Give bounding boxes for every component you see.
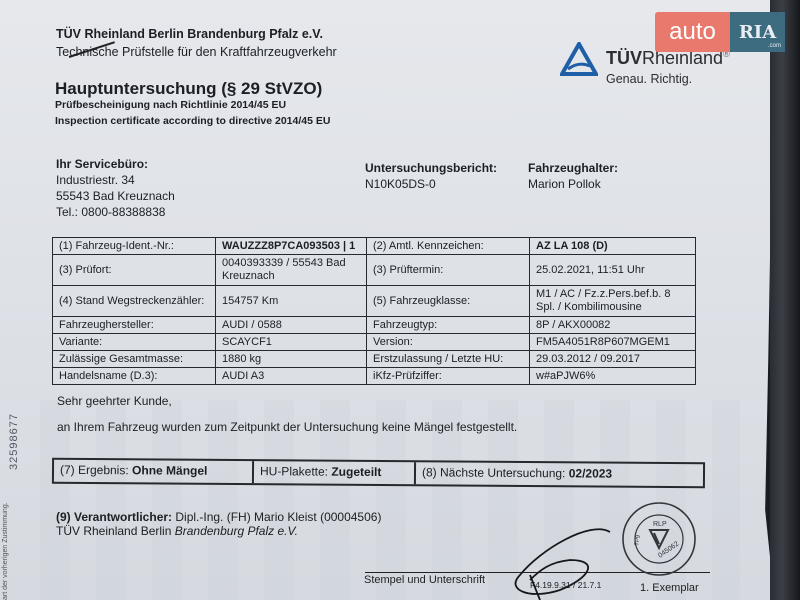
cell-value: AUDI / 0588: [216, 317, 367, 334]
signature-icon: [500, 520, 630, 600]
cell-label: (1) Fahrzeug-Ident.-Nr.:: [53, 238, 216, 255]
margin-vertical-text: art der vorherigen Zustimmung.: [2, 502, 9, 600]
responsible-person: (9) Verantwortlicher: Dipl.-Ing. (FH) Ma…: [56, 510, 381, 524]
cell-label: (3) Prüfort:: [53, 255, 216, 286]
inspection-report: Untersuchungsbericht: N10K05DS-0: [365, 160, 497, 192]
cell-value: 1880 kg: [216, 351, 367, 368]
cell-label: Fahrzeugtyp:: [367, 317, 530, 334]
cell-label: (4) Stand Wegstreckenzähler:: [53, 286, 216, 317]
cell-value: AZ LA 108 (D): [530, 238, 696, 255]
cell-value: w#aPJW6%: [530, 368, 696, 385]
svg-text:RLP: RLP: [653, 521, 667, 528]
table-row: Fahrzeughersteller: AUDI / 0588 Fahrzeug…: [53, 317, 696, 334]
table-row: Zulässige Gesamtmasse: 1880 kg Erstzulas…: [53, 351, 696, 368]
cell-label: Version:: [367, 334, 530, 351]
org-name: TÜV Rheinland Berlin Brandenburg Pfalz e…: [56, 27, 323, 41]
plaque-cell: HU-Plakette: Zugeteilt: [254, 461, 416, 484]
result-row: (7) Ergebnis: Ohne Mängel HU-Plakette: Z…: [52, 458, 705, 489]
autoria-ria: RIA.com: [730, 12, 785, 52]
cell-value: FM5A4051R8P607MGEM1: [530, 334, 696, 351]
service-office-label: Ihr Servicebüro:: [56, 156, 175, 172]
cell-value: 154757 Km: [216, 286, 367, 317]
cell-value: 29.03.2012 / 09.2017: [530, 351, 696, 368]
autoria-auto: auto: [655, 12, 730, 52]
cell-label: (2) Amtl. Kennzeichen:: [367, 238, 530, 255]
result-cell: (7) Ergebnis: Ohne Mängel: [54, 460, 254, 483]
holder-label: Fahrzeughalter:: [528, 160, 618, 176]
subtitle-en: Inspection certificate according to dire…: [55, 115, 330, 127]
cell-label: Fahrzeughersteller:: [53, 317, 216, 334]
letter-greeting: Sehr geehrter Kunde,: [57, 394, 172, 408]
cell-value: SCAYCF1: [216, 334, 367, 351]
background-edge: [770, 0, 800, 600]
service-office-street: Industriestr. 34: [56, 172, 175, 188]
document-title: Hauptuntersuchung (§ 29 StVZO): [55, 79, 322, 99]
cell-value: M1 / AC / Fz.z.Pers.bef.b. 8 Spl. / Komb…: [530, 286, 696, 317]
subtitle-de: Prüfbescheinigung nach Richtlinie 2014/4…: [55, 99, 286, 111]
cell-label: Variante:: [53, 334, 216, 351]
report-label: Untersuchungsbericht:: [365, 160, 497, 176]
cell-label: Zulässige Gesamtmasse:: [53, 351, 216, 368]
table-row: (1) Fahrzeug-Ident.-Nr.: WAUZZZ8P7CA0935…: [53, 238, 696, 255]
cell-value: 8P / AKX00082: [530, 317, 696, 334]
cell-label: (5) Fahrzeugklasse:: [367, 286, 530, 317]
next-inspection-cell: (8) Nächste Untersuchung: 02/2023: [416, 462, 703, 486]
vehicle-holder: Fahrzeughalter: Marion Pollok: [528, 160, 618, 192]
cell-label: Erstzulassung / Letzte HU:: [367, 351, 530, 368]
service-office-city: 55543 Bad Kreuznach: [56, 188, 175, 204]
cell-label: (3) Prüftermin:: [367, 255, 530, 286]
cell-label: iKfz-Prüfziffer:: [367, 368, 530, 385]
cell-value: 25.02.2021, 11:51 Uhr: [530, 255, 696, 286]
service-office: Ihr Servicebüro: Industriestr. 34 55543 …: [56, 156, 175, 220]
cell-value: AUDI A3: [216, 368, 367, 385]
autoria-watermark: auto RIA.com: [655, 12, 785, 52]
tuv-triangle-icon: [560, 42, 598, 76]
margin-serial: 32598677: [8, 413, 20, 470]
table-row: (4) Stand Wegstreckenzähler: 154757 Km (…: [53, 286, 696, 317]
service-office-phone: Tel.: 0800-88388838: [56, 204, 175, 220]
copy-label: 1. Exemplar: [640, 582, 699, 594]
table-row: Variante: SCAYCF1 Version: FM5A4051R8P60…: [53, 334, 696, 351]
inspection-stamp-icon: RLP 045062 TP9: [620, 500, 698, 578]
holder-value: Marion Pollok: [528, 176, 618, 192]
signature-label: Stempel und Unterschrift: [364, 574, 485, 586]
svg-text:TP9: TP9: [634, 534, 642, 547]
report-value: N10K05DS-0: [365, 176, 497, 192]
cell-value: 0040393339 / 55543 Bad Kreuznach: [216, 255, 367, 286]
responsible-org: TÜV Rheinland Berlin Brandenburg Pfalz e…: [56, 524, 298, 538]
table-row: Handelsname (D.3): AUDI A3 iKfz-Prüfziff…: [53, 368, 696, 385]
table-row: (3) Prüfort: 0040393339 / 55543 Bad Kreu…: [53, 255, 696, 286]
cell-value: WAUZZZ8P7CA093503 | 1: [216, 238, 367, 255]
vehicle-data-table: (1) Fahrzeug-Ident.-Nr.: WAUZZZ8P7CA0935…: [52, 237, 696, 385]
logo-tagline: Genau. Richtig.: [606, 72, 692, 86]
letter-message: an Ihrem Fahrzeug wurden zum Zeitpunkt d…: [57, 420, 517, 434]
cell-label: Handelsname (D.3):: [53, 368, 216, 385]
